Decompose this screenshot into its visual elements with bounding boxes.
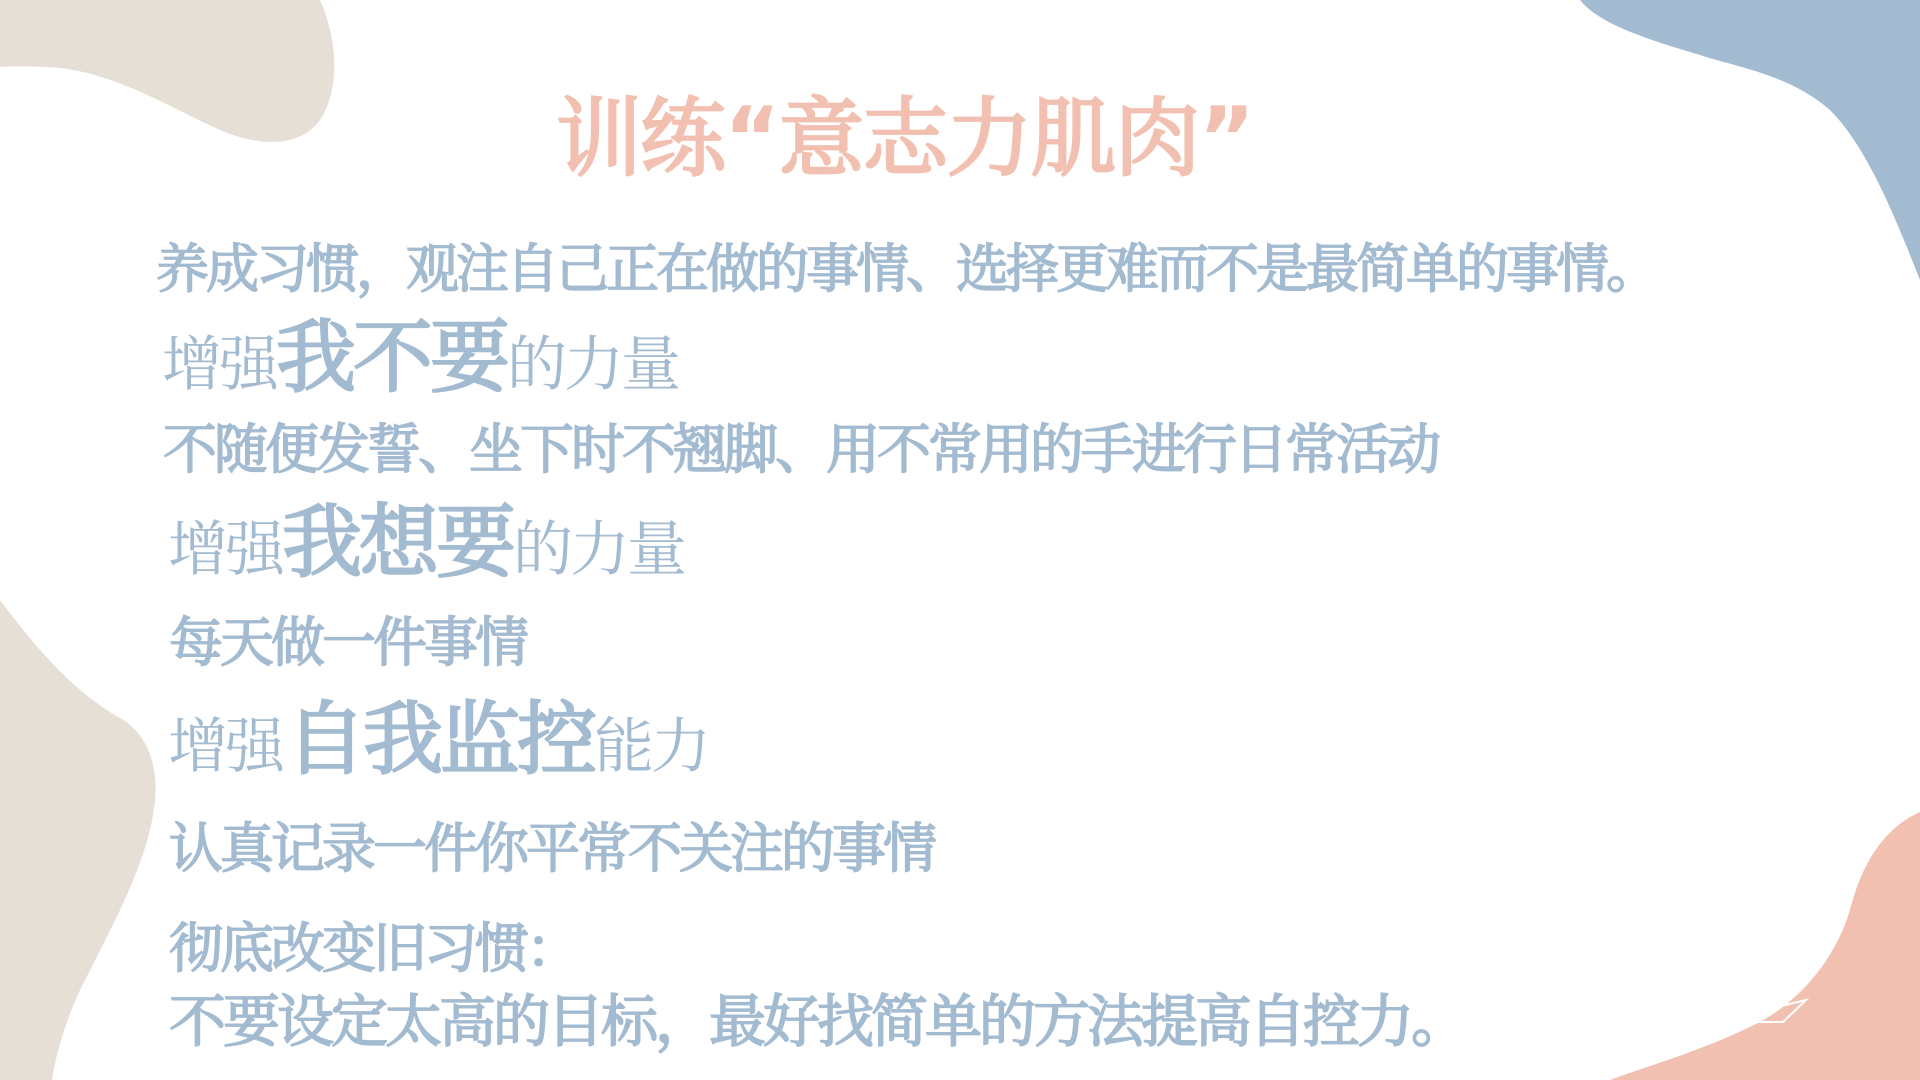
section-detail-2: 每天做一件事情	[169, 616, 526, 670]
heading-suffix: 的力量	[513, 515, 684, 585]
closing-heading-text: 彻底改变旧习惯：	[169, 917, 577, 980]
closing-heading: 彻底改变旧习惯：	[169, 922, 577, 976]
bottom-right-pink-blob	[1610, 812, 1920, 1080]
closing-detail-text: 不要设定太高的目标，最好找简单的方法提高自控力。	[169, 989, 1465, 1055]
heading-emphasis: 自我监控	[286, 693, 594, 786]
heading-emphasis: 我想要	[282, 496, 513, 589]
heading-suffix: 能力	[594, 712, 708, 782]
section-detail-3: 认真记录一件你平常不关注的事情	[169, 822, 934, 876]
heading-prefix: 增强	[162, 330, 276, 400]
section-heading-3: 增强自我监控能力	[168, 700, 708, 780]
section-detail-1: 不随便发誓、坐下时不翘脚、用不常用的手进行日常活动	[163, 423, 1438, 477]
slide-title-text: 训练“意志力肌肉”	[556, 89, 1253, 189]
top-left-beige-blob	[0, 0, 334, 142]
left-beige-blob	[0, 600, 156, 1080]
section-detail-text: 每天做一件事情	[169, 611, 526, 674]
section-detail-text: 认真记录一件你平常不关注的事情	[169, 817, 934, 880]
heading-prefix: 增强	[168, 515, 282, 585]
slide-title: 训练“意志力肌肉”	[556, 96, 1253, 182]
top-right-blue-blob	[1580, 0, 1920, 280]
section-detail-text: 不随便发誓、坐下时不翘脚、用不常用的手进行日常活动	[163, 418, 1438, 481]
section-heading-2: 增强我想要的力量	[168, 503, 684, 583]
heading-prefix: 增强	[168, 712, 282, 782]
intro-text-content: 养成习惯，观注自己正在做的事情、选择更难而不是最简单的事情。	[156, 239, 1656, 300]
heading-suffix: 的力量	[507, 330, 678, 400]
heading-emphasis: 我不要	[276, 311, 507, 404]
section-heading-1: 增强我不要的力量	[162, 318, 678, 398]
intro-text: 养成习惯，观注自己正在做的事情、选择更难而不是最简单的事情。	[156, 243, 1656, 296]
closing-detail: 不要设定太高的目标，最好找简单的方法提高自控力。	[169, 994, 1465, 1051]
